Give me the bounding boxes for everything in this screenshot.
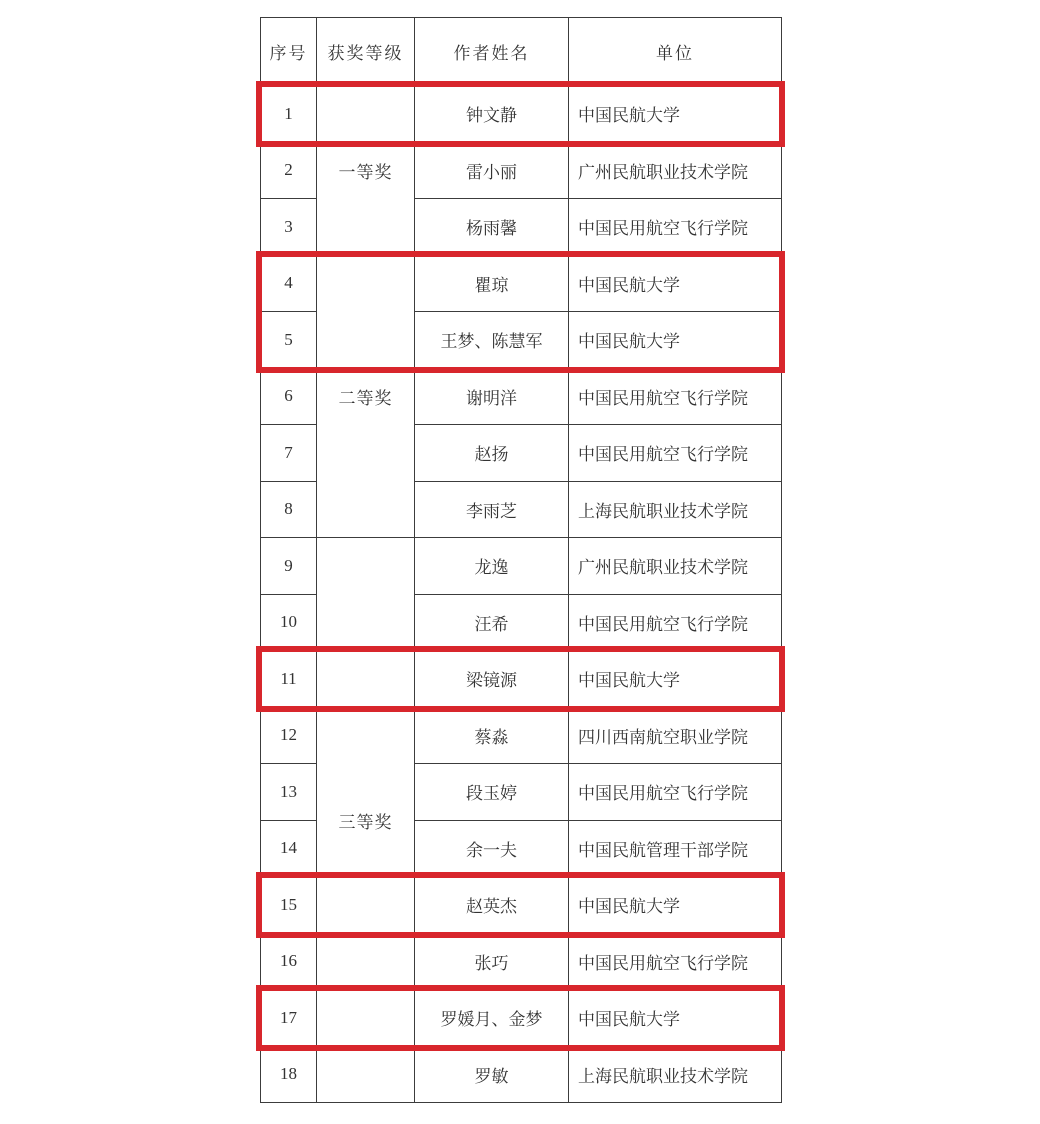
header-cell-award: 获奖等级 xyxy=(317,18,415,86)
cell-author-name: 汪希 xyxy=(415,594,569,651)
cell-no: 18 xyxy=(261,1046,317,1103)
cell-author-name: 杨雨馨 xyxy=(415,199,569,256)
cell-author-name: 赵英杰 xyxy=(415,877,569,934)
cell-no: 2 xyxy=(261,142,317,199)
cell-no: 13 xyxy=(261,764,317,821)
cell-author-name: 梁镜源 xyxy=(415,651,569,708)
document-page: 序号 获奖等级 作者姓名 单位 1 一等奖 钟文静 中国民航大学 2 雷小丽 广… xyxy=(0,0,1040,1124)
cell-unit: 中国民用航空飞行学院 xyxy=(569,368,782,425)
cell-author-name: 谢明洋 xyxy=(415,368,569,425)
header-cell-no: 序号 xyxy=(261,18,317,86)
cell-award-level-first: 一等奖 xyxy=(317,86,415,256)
cell-no: 8 xyxy=(261,481,317,538)
cell-no: 7 xyxy=(261,425,317,482)
cell-unit: 中国民用航空飞行学院 xyxy=(569,594,782,651)
cell-author-name: 罗敏 xyxy=(415,1046,569,1103)
cell-no: 3 xyxy=(261,199,317,256)
cell-unit: 上海民航职业技术学院 xyxy=(569,481,782,538)
cell-author-name: 李雨芝 xyxy=(415,481,569,538)
cell-award-level-second: 二等奖 xyxy=(317,255,415,538)
cell-no: 16 xyxy=(261,933,317,990)
cell-unit: 四川西南航空职业学院 xyxy=(569,707,782,764)
cell-award-level-third: 三等奖 xyxy=(317,538,415,1103)
cell-unit: 中国民航大学 xyxy=(569,877,782,934)
cell-no: 5 xyxy=(261,312,317,369)
cell-unit: 中国民航管理干部学院 xyxy=(569,820,782,877)
cell-unit: 中国民航大学 xyxy=(569,255,782,312)
cell-no: 12 xyxy=(261,707,317,764)
cell-no: 4 xyxy=(261,255,317,312)
cell-unit: 中国民航大学 xyxy=(569,312,782,369)
cell-author-name: 雷小丽 xyxy=(415,142,569,199)
cell-author-name: 钟文静 xyxy=(415,86,569,143)
cell-author-name: 瞿琼 xyxy=(415,255,569,312)
table-row: 1 一等奖 钟文静 中国民航大学 xyxy=(261,86,782,143)
cell-no: 15 xyxy=(261,877,317,934)
cell-unit: 广州民航职业技术学院 xyxy=(569,142,782,199)
cell-no: 17 xyxy=(261,990,317,1047)
cell-author-name: 张巧 xyxy=(415,933,569,990)
header-row: 序号 获奖等级 作者姓名 单位 xyxy=(261,18,782,86)
cell-unit: 中国民航大学 xyxy=(569,990,782,1047)
cell-unit: 广州民航职业技术学院 xyxy=(569,538,782,595)
cell-no: 6 xyxy=(261,368,317,425)
cell-author-name: 龙逸 xyxy=(415,538,569,595)
cell-author-name: 余一夫 xyxy=(415,820,569,877)
cell-no: 1 xyxy=(261,86,317,143)
cell-unit: 上海民航职业技术学院 xyxy=(569,1046,782,1103)
table-row: 4 二等奖 瞿琼 中国民航大学 xyxy=(261,255,782,312)
header-cell-unit: 单位 xyxy=(569,18,782,86)
cell-author-name: 罗媛月、金梦 xyxy=(415,990,569,1047)
cell-author-name: 段玉婷 xyxy=(415,764,569,821)
cell-no: 14 xyxy=(261,820,317,877)
cell-author-name: 蔡淼 xyxy=(415,707,569,764)
cell-no: 11 xyxy=(261,651,317,708)
cell-unit: 中国民航大学 xyxy=(569,651,782,708)
cell-unit: 中国民用航空飞行学院 xyxy=(569,764,782,821)
cell-no: 10 xyxy=(261,594,317,651)
header-cell-name: 作者姓名 xyxy=(415,18,569,86)
cell-unit: 中国民用航空飞行学院 xyxy=(569,933,782,990)
cell-author-name: 赵扬 xyxy=(415,425,569,482)
cell-unit: 中国民用航空飞行学院 xyxy=(569,199,782,256)
award-table: 序号 获奖等级 作者姓名 单位 1 一等奖 钟文静 中国民航大学 2 雷小丽 广… xyxy=(260,17,782,1103)
cell-unit: 中国民用航空飞行学院 xyxy=(569,425,782,482)
cell-unit: 中国民航大学 xyxy=(569,86,782,143)
cell-no: 9 xyxy=(261,538,317,595)
table-row: 9 三等奖 龙逸 广州民航职业技术学院 xyxy=(261,538,782,595)
cell-author-name: 王梦、陈慧军 xyxy=(415,312,569,369)
